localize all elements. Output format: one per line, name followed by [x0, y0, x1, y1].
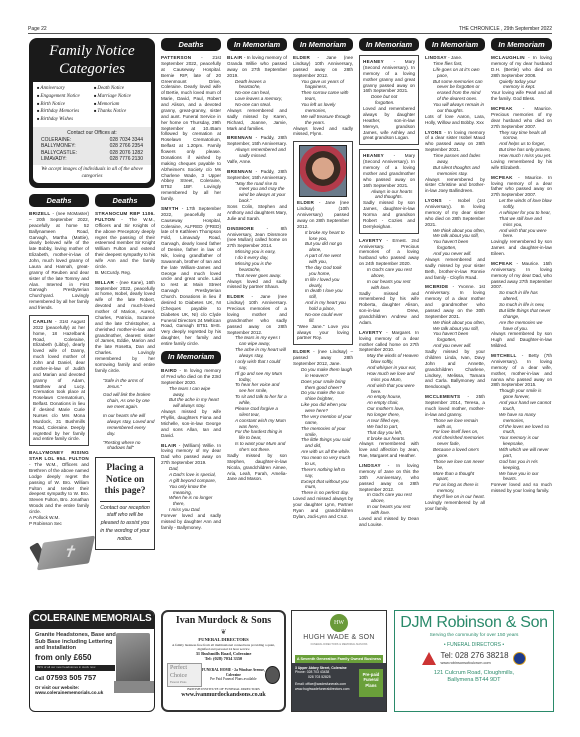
accept-images-note: We accept images of individuals in all o… [33, 165, 151, 183]
section-banner-deaths: Deaths [95, 194, 155, 207]
column-memoriam-6: In Memoriam HEANEY - Mary (Second Annive… [359, 38, 419, 532]
notice-elder-3: ELDER - (nee Lindsay) – passed away 28th… [293, 349, 353, 519]
notice-elder-1: ELDER - Jane (nee Lindsay) 10th Annivers… [293, 55, 353, 137]
notice-elder-2-with-photo: ELDER - Jane (nee Lindsay) (10th Anniver… [293, 141, 353, 345]
portrait-photo [299, 145, 347, 197]
notice-carlin: CARLIN - 31st August 2022 (peacefully) a… [29, 315, 89, 446]
ornament-icon: ❦ [167, 628, 280, 637]
notice-mcpeak-2: MCPEAK - Maurice. In loving memory of a … [491, 175, 552, 257]
ad-title: HUGH WADE & SON [292, 634, 386, 643]
ad-website: www.robinsonsofculcrum.com [440, 661, 508, 665]
ad-djm-robinson: DJM Robinson & Son Serving the community… [394, 610, 554, 712]
section-banner-memoriam: In Memoriam [161, 351, 221, 364]
column-memoriam-8: In Memoriam MCLAUGHLIN - In loving memor… [491, 38, 552, 498]
office-contacts: Contact our Offices at: COLERAINE:028 70… [33, 127, 151, 165]
category-item: Anniversary [37, 85, 90, 93]
placing-title: Placing a Notice on this page? [100, 463, 150, 501]
bible-icon: ✝ [35, 533, 95, 573]
notice-mcclements: MCCLEMENTS - 25th September 2014, Teresa… [425, 394, 485, 512]
notice-lindsay-jane: LINDSAY - Jane. Time flies fast,Life goe… [425, 55, 485, 126]
verse: "Safe in the arms of Jesus." God will li… [95, 378, 155, 452]
notice-mcpeak-3: MCPEAK - Maurice. 15th Anniversary. In l… [491, 261, 552, 349]
page-header: Page 22 THE CHRONICLE , 29th September 2… [28, 26, 552, 34]
paper-title-date: THE CHRONICLE , 29th September 2022 [459, 26, 552, 32]
institute-seal-icon [265, 666, 280, 684]
notice-ballymoney-lol: BALLYMONEY RISING STAR LOL 954. FULTON -… [29, 450, 89, 526]
perfect-choice-logo: Perfect ChoiceFuneral Plans [167, 663, 202, 686]
category-item: Birthday Wishes [37, 116, 90, 124]
notice-blair-william: BLAIR - (William) Willie. In loving memo… [161, 443, 221, 531]
office-row: LIMAVADY:028 7776 2130 [41, 156, 143, 162]
section-banner-memoriam: In Memoriam [491, 38, 552, 51]
category-item: Engagement Notice [37, 93, 90, 101]
family-notice-categories: Family Notice Categories Anniversary Dea… [29, 38, 155, 188]
hw-logo-icon: HW [330, 614, 348, 632]
section-banner-memoriam: In Memoriam [359, 38, 419, 51]
notice-brizell: BRIZELL - (nee McMaster) – 20th Septembe… [29, 211, 89, 311]
placing-text: Contact our reception staff who will be … [100, 505, 150, 544]
notice-brennan-1: BRENNAN - Paddy, 28th September, 15th An… [227, 135, 287, 164]
column-deaths-3: Deaths PATTERSON - 21st September 2022, … [161, 38, 221, 535]
ad-title: COLERAINE MEMORIALS [30, 611, 154, 629]
notice-smyth: SMYTH - 17th September 2022, peacefully … [161, 206, 221, 347]
section-banner-deaths: Deaths [161, 38, 221, 51]
category-item: Memoriam [94, 101, 147, 109]
category-item: Death Notice [94, 85, 147, 93]
prepaid-plans-badge: Pre-paid Funeral Plans [359, 669, 383, 697]
placing-notice-box: Placing a Notice on this page? Contact o… [95, 457, 155, 549]
notice-brennan-2: BRENNAN - Paddy, 28th September, 15th An… [227, 169, 287, 222]
category-item: Marriage Notice [94, 93, 147, 101]
ad-ivan-murdock: Ivan Murdock & Sons ❦ FUNERAL DIRECTORS … [161, 610, 286, 712]
section-banner-memoriam: In Memoriam [227, 38, 287, 51]
notice-heaney-2: HEANEY - Mary (Second Anniversary). In m… [359, 149, 419, 233]
notice-patterson: PATTERSON - 21st September 2022, peacefu… [161, 55, 221, 202]
category-item: Birth Notice [37, 101, 90, 109]
category-item: Thanks Notice [94, 108, 147, 116]
ad-hugh-wade: HW HUGH WADE & SON FUNERAL DIRECTORS & M… [291, 610, 387, 712]
notice-mitchell: MITCHELL - Betty (7th Anniversary). In l… [491, 353, 552, 494]
triangle-logo-icon [422, 652, 436, 665]
section-banner-memoriam: In Memoriam [293, 38, 353, 51]
column-deaths-1: Deaths BRIZELL - (nee McMaster) – 20th S… [29, 194, 89, 573]
ad-coleraine-memorials: COLERAINE MEMORIALS Granite Headstones, … [29, 610, 155, 712]
notice-laverty-1: LAVERTY - Ernest. 2nd Anniversary. Preci… [359, 238, 419, 326]
ad-website: www.ivanmurdockandsons.co.uk [167, 692, 280, 700]
column-memoriam-7: In Memoriam LINDSAY - Jane. Time flies f… [425, 38, 485, 516]
categories-title: Family Notice Categories [33, 42, 151, 78]
notice-millar: MILLAR - (nee Kane), 16th September 2022… [95, 280, 155, 374]
section-banner-memoriam: In Memoriam [425, 38, 485, 51]
ad-title: DJM Robinson & Son [398, 614, 550, 632]
notice-dinsmore: DINSMORE - 8th Anniversary, Jean Dinsmor… [227, 226, 287, 291]
notice-lyons-1: LYONS - In loving memory of a dear siste… [425, 130, 485, 195]
notice-mclaughlin: MCLAUGHLIN - In loving memory of my dear… [491, 55, 552, 102]
ad-title: Ivan Murdock & Sons [167, 615, 280, 628]
notice-stranocum: STRANOCUM RBP 1106. FULTON - The W.M., O… [95, 211, 155, 276]
notice-heaney-1: HEANEY - Mary (Second Anniversary). In m… [359, 55, 419, 145]
headstone-image [116, 633, 150, 683]
category-item: Birthday Memories [37, 108, 90, 116]
crest-badge-icon [513, 652, 526, 665]
page-number: Page 22 [28, 26, 47, 32]
notice-laverty-2: LAVERTY - Margaret. In loving memory of … [359, 330, 419, 459]
notice-elder: ELDER - Jane (nee Lindsay) 10th Annivers… [227, 294, 287, 482]
notice-mcbride: MCBRIDE - Yvonne. 1st Anniversary. In lo… [425, 284, 485, 390]
notice-baird: BAIRD - In loving memory of Fred who die… [161, 368, 221, 439]
notice-mcpeak-1: MCPEAK - Maurice. Precious memories of m… [491, 106, 552, 171]
notice-blair: BLAIR - In loving memory of Granda Willi… [227, 55, 287, 131]
notice-lindsay: LINDSAY - In loving memory of Jane on th… [359, 463, 419, 528]
column-memoriam-4: In Memoriam BLAIR - In loving memory of … [227, 38, 287, 486]
column-deaths-2: Deaths STRANOCUM RBP 1106. FULTON - The … [95, 194, 155, 550]
column-memoriam-5: In Memoriam ELDER - Jane (nee Lindsay) 1… [293, 38, 353, 524]
notice-lyons-2: LYONS - Isobel (1st Anniversary). In lov… [425, 198, 485, 280]
category-list: Anniversary Death Notice Engagement Noti… [33, 82, 151, 127]
ad-phone: 07593 505 757 [46, 673, 96, 682]
ad-phone: Tel: 028 276 38218 [440, 651, 508, 660]
section-banner-deaths: Deaths [29, 194, 89, 207]
